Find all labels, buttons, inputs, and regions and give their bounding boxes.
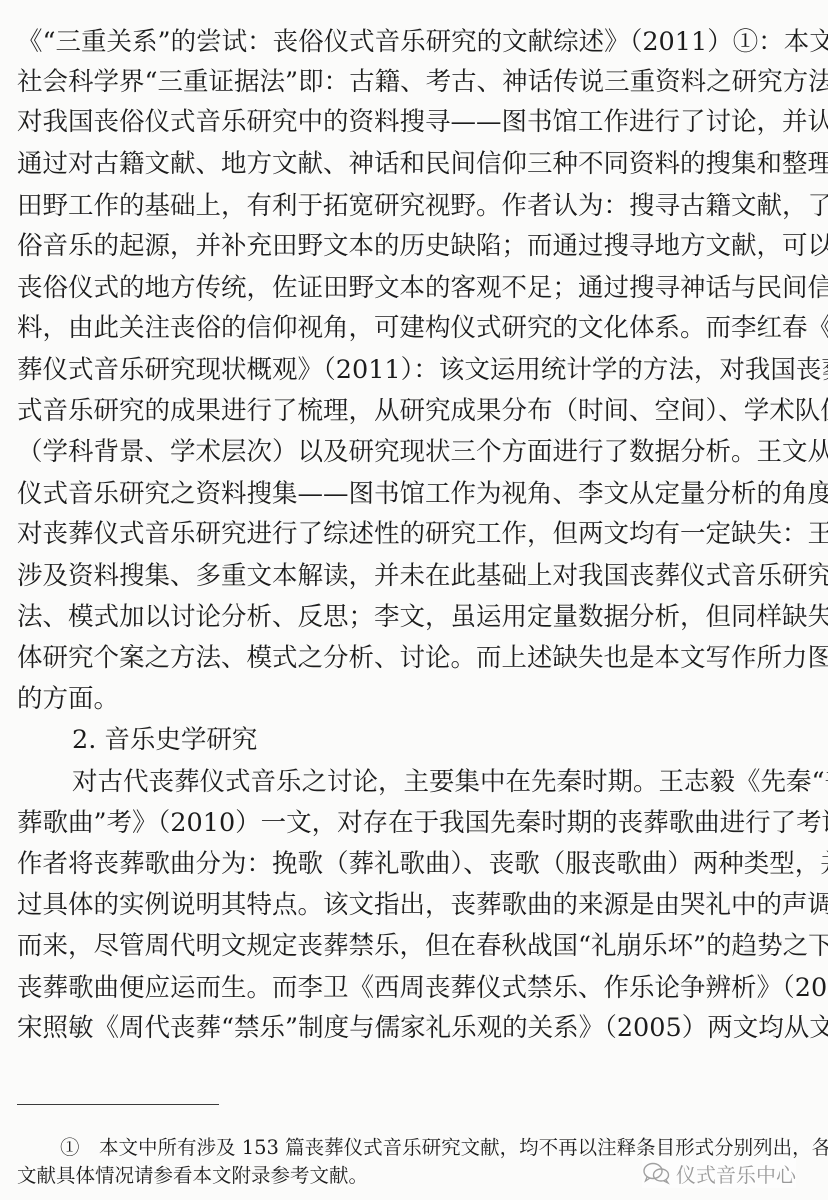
- footnote-line: 文献具体情况请参看本文附录参考文献。: [17, 1162, 368, 1190]
- document-page: 《“三重关系”的尝试：丧俗仪式音乐研究的文献综述》（2011）①：本文借鉴 社会…: [0, 0, 828, 1200]
- section-line: 作者将丧葬歌曲分为：挽歌（葬礼歌曲）、丧歌（服丧歌曲）两种类型，并通: [17, 844, 811, 884]
- body-line: 仪式音乐研究之资料搜集——图书馆工作为视角、李文从定量分析的角度分别: [17, 474, 811, 514]
- body-line: 对我国丧俗仪式音乐研究中的资料搜寻——图书馆工作进行了讨论，并认为，: [17, 102, 811, 142]
- body-line: 俗音乐的起源，并补充田野文本的历史缺陷；而通过搜寻地方文献，可以解读: [17, 226, 811, 266]
- body-line: 料，由此关注丧俗的信仰视角，可建构仪式研究的文化体系。而李红春《丧: [17, 308, 811, 348]
- body-line: 式音乐研究的成果进行了梳理，从研究成果分布（时间、空间）、学术队伍: [17, 391, 811, 431]
- body-line: 体研究个案之方法、模式之分析、讨论。而上述缺失也是本文写作所力图弥补: [17, 638, 811, 678]
- wechat-icon: [642, 1161, 672, 1185]
- body-line: 通过对古籍文献、地方文献、神话和民间信仰三种不同资料的搜集和整理，在: [17, 144, 811, 184]
- section-line: 过具体的实例说明其特点。该文指出，丧葬歌曲的来源是由哭礼中的声调发展: [17, 885, 811, 925]
- section-heading: 2. 音乐史学研究: [72, 720, 257, 760]
- footnote-divider: [17, 1104, 219, 1105]
- body-line: 葬仪式音乐研究现状概观》（2011）：该文运用统计学的方法，对我国丧葬仪: [17, 350, 811, 390]
- body-line: （学科背景、学术层次）以及研究现状三个方面进行了数据分析。王文从丧葬: [17, 432, 811, 472]
- section-line: 而来，尽管周代明文规定丧葬禁乐，但在春秋战国“礼崩乐坏”的趋势之下，: [17, 926, 811, 966]
- section-line: 对古代丧葬仪式音乐之讨论，主要集中在先秦时期。王志毅《先秦“丧: [72, 762, 811, 802]
- section-line: 丧葬歌曲便应运而生。而李卫《西周丧葬仪式禁乐、作乐论争辨析》（2011）、: [17, 968, 811, 1008]
- section-line: 宋照敏《周代丧葬“禁乐”制度与儒家礼乐观的关系》（2005）两文均从文: [17, 1008, 811, 1048]
- body-line: 《“三重关系”的尝试：丧俗仪式音乐研究的文献综述》（2011）①：本文借鉴: [17, 22, 811, 62]
- body-line: 对丧葬仪式音乐研究进行了综述性的研究工作，但两文均有一定缺失：王文只: [17, 514, 811, 554]
- watermark-text: 仪式音乐中心: [676, 1159, 796, 1188]
- body-line: 社会科学界“三重证据法”即：古籍、考古、神话传说三重资料之研究方法，: [17, 62, 811, 102]
- watermark: 仪式音乐中心: [642, 1158, 796, 1188]
- body-line: 法、模式加以讨论分析、反思；李文，虽运用定量数据分析，但同样缺失对具: [17, 597, 811, 637]
- body-line: 的方面。: [17, 679, 811, 719]
- body-line: 田野工作的基础上，有利于拓宽研究视野。作者认为：搜寻古籍文献，了解丧: [17, 186, 811, 226]
- body-line: 涉及资料搜集、多重文本解读，并未在此基础上对我国丧葬仪式音乐研究之方: [17, 556, 811, 596]
- body-line: 丧俗仪式的地方传统，佐证田野文本的客观不足；通过搜寻神话与民间信仰资: [17, 268, 811, 308]
- section-line: 葬歌曲”考》（2010）一文，对存在于我国先秦时期的丧葬歌曲进行了考证。: [17, 803, 811, 843]
